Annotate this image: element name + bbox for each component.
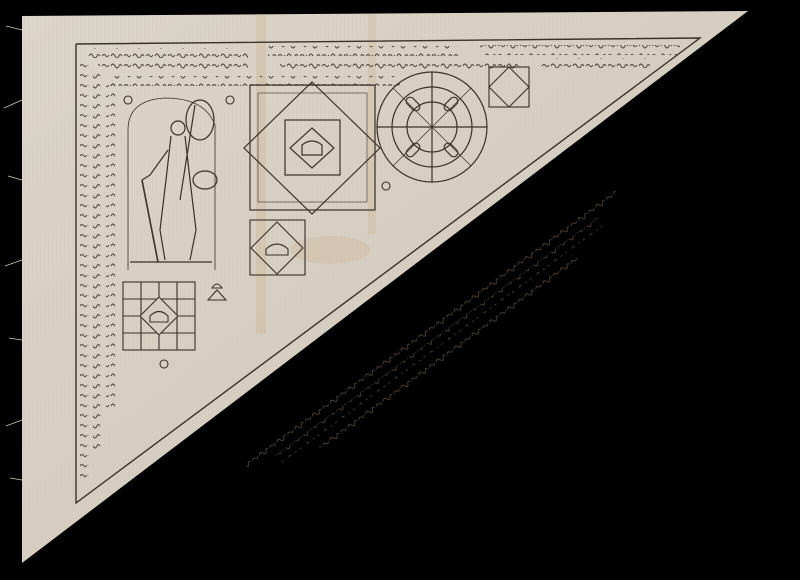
circular-yantra [377,72,487,182]
yantra-cloth-photo [0,0,800,580]
